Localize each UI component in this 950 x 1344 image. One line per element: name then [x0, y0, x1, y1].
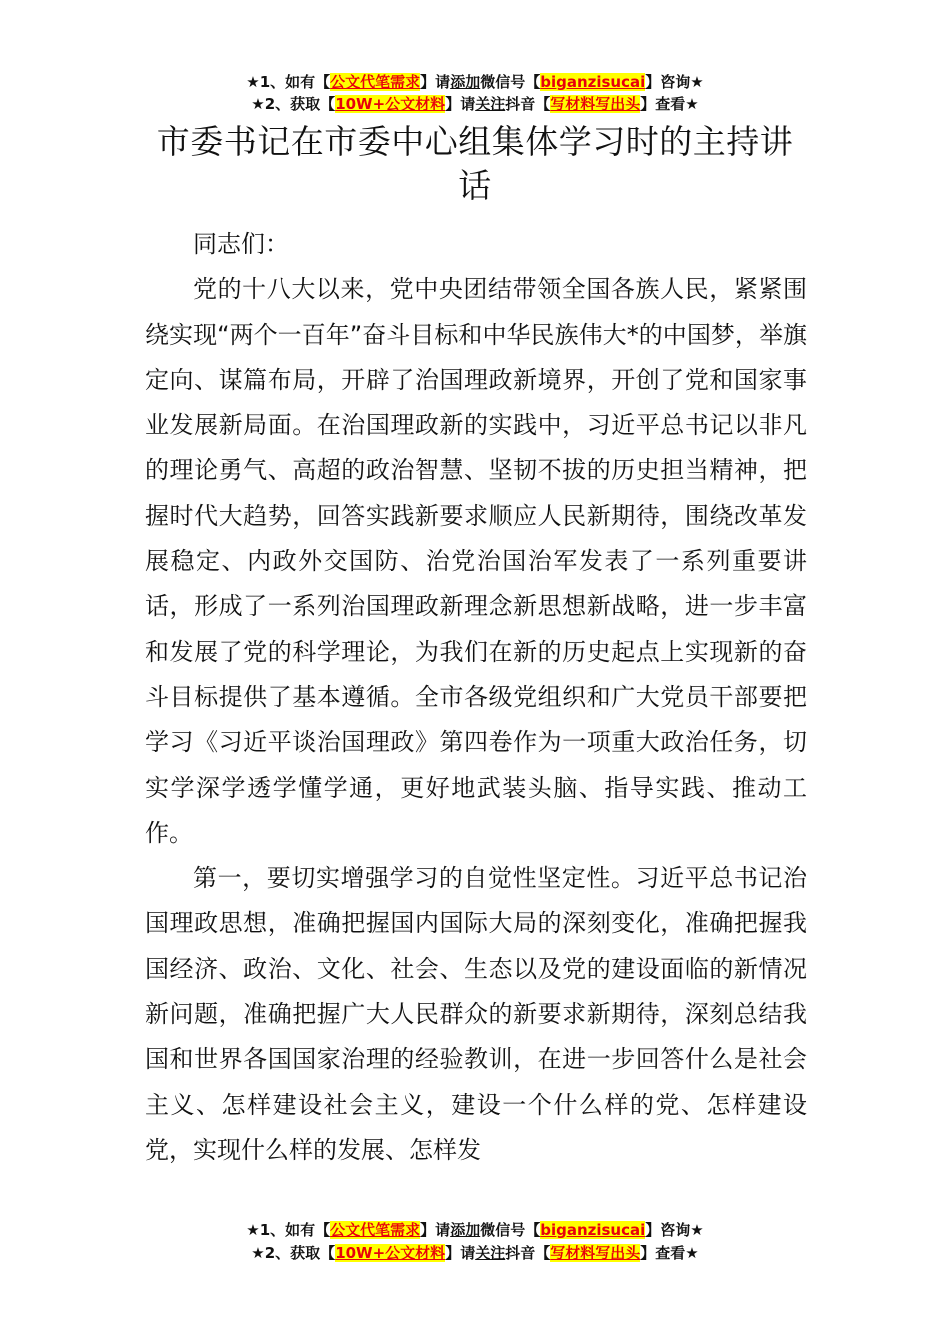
promo-highlight: 公文代笔需求 — [330, 73, 420, 91]
header-promo-line-1: ★1、如有【公文代笔需求】请添加微信号【biganzisucai】咨询★ — [0, 71, 950, 93]
promo-text: 】请 — [445, 95, 475, 113]
footer-promo-line-2: ★2、获取【10W+公文材料】请关注抖音【写材料写出头】查看★ — [0, 1242, 950, 1264]
promo-underlined: 添加 — [450, 73, 480, 91]
promo-highlight: 10W+公文材料 — [335, 95, 445, 113]
promo-douyin-account: 写材料写出头 — [550, 95, 640, 113]
promo-text: ★2、获取【 — [251, 1244, 335, 1262]
document-body: 同志们： 党的十八大以来，党中央团结带领全国各族人民，紧紧围绕实现“两个一百年”… — [145, 222, 807, 1173]
promo-text: ★2、获取【 — [251, 95, 335, 113]
footer-promo-line-1: ★1、如有【公文代笔需求】请添加微信号【biganzisucai】咨询★ — [0, 1219, 950, 1241]
promo-text: 】查看★ — [640, 1244, 698, 1262]
promo-text: 抖音【 — [505, 95, 550, 113]
promo-text: 微信号【 — [480, 73, 540, 91]
promo-highlight: 公文代笔需求 — [330, 1221, 420, 1239]
document-title: 市委书记在市委中心组集体学习时的主持讲话 — [145, 120, 805, 208]
promo-text: 抖音【 — [505, 1244, 550, 1262]
promo-highlight: 10W+公文材料 — [335, 1244, 445, 1262]
promo-text: 】请 — [420, 1221, 450, 1239]
promo-text: ★1、如有【 — [246, 1221, 330, 1239]
promo-wechat-id: biganzisucai — [540, 1221, 645, 1239]
promo-text: ★1、如有【 — [246, 73, 330, 91]
salutation: 同志们： — [145, 222, 807, 267]
promo-text: 微信号【 — [480, 1221, 540, 1239]
promo-wechat-id: biganzisucai — [540, 73, 645, 91]
promo-douyin-account: 写材料写出头 — [550, 1244, 640, 1262]
promo-text: 】咨询★ — [645, 73, 703, 91]
promo-text: 】请 — [445, 1244, 475, 1262]
paragraph: 第一，要切实增强学习的自觉性坚定性。习近平总书记治国理政思想，准确把握国内国际大… — [145, 856, 807, 1173]
promo-underlined: 添加 — [450, 1221, 480, 1239]
promo-text: 】咨询★ — [645, 1221, 703, 1239]
promo-text: 】查看★ — [640, 95, 698, 113]
promo-underlined: 关注 — [475, 1244, 505, 1262]
promo-underlined: 关注 — [475, 95, 505, 113]
header-promo-line-2: ★2、获取【10W+公文材料】请关注抖音【写材料写出头】查看★ — [0, 93, 950, 115]
promo-text: 】请 — [420, 73, 450, 91]
paragraph: 党的十八大以来，党中央团结带领全国各族人民，紧紧围绕实现“两个一百年”奋斗目标和… — [145, 267, 807, 856]
